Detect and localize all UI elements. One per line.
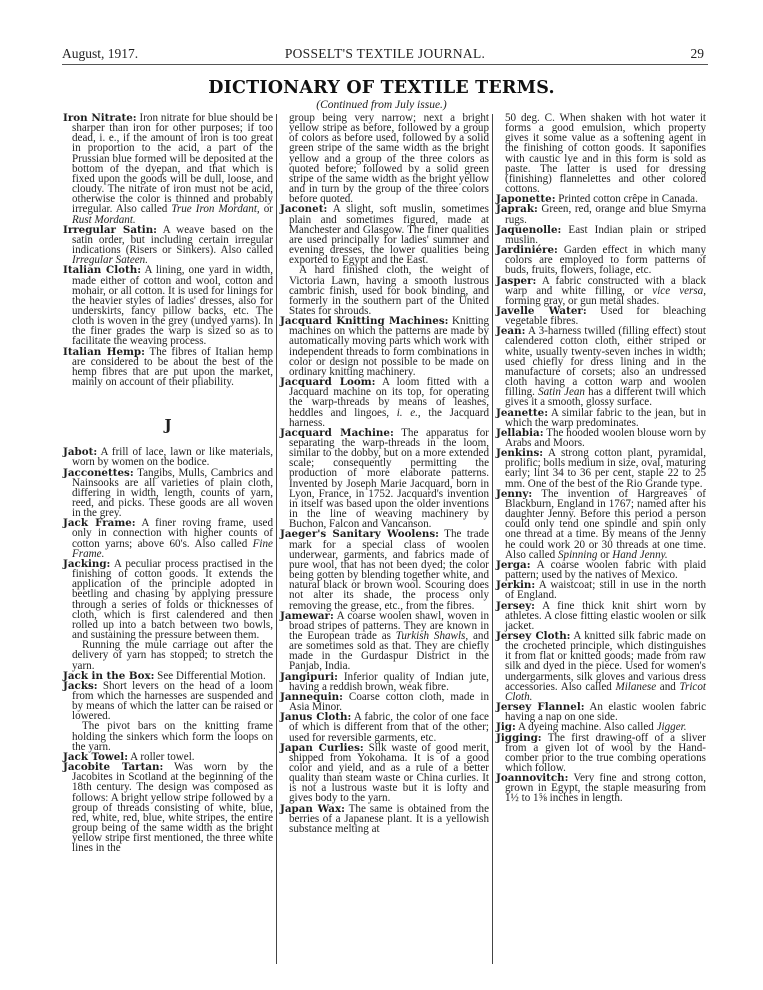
dictionary-entry: Jigging: The first drawing-off of a sliv…	[496, 733, 706, 774]
entry-definition: A fine thick knit shirt worn by athletes…	[505, 600, 706, 632]
dictionary-entry: Jersey: A fine thick knit shirt worn by …	[496, 601, 706, 631]
entry-definition: A lining, one yard in width, made either…	[72, 264, 273, 347]
column-right: 50 deg. C. When shaken with hot water it…	[496, 113, 706, 804]
entry-definition: A coarse woolen fabric with plaid patter…	[505, 559, 706, 581]
running-head: August, 1917. POSSELT'S TEXTILE JOURNAL.…	[62, 46, 708, 65]
section-letter-heading: J	[63, 417, 273, 433]
entry-definition: A slight, soft muslin, sometimes plain a…	[289, 203, 489, 266]
entry-definition: A frill of lace, lawn or like materials,…	[72, 446, 273, 468]
entry-definition: Knitting machines on which the patterns …	[289, 315, 489, 378]
article-title: DICTIONARY OF TEXTILE TERMS.	[0, 78, 763, 98]
dictionary-entry: Jenkins: A strong cotton plant, pyramida…	[496, 448, 706, 489]
dictionary-entry: Jacconettes: Tangibs, Mulls, Cambrics an…	[63, 468, 273, 519]
entry-definition: The apparatus for separating the warp-th…	[289, 427, 489, 530]
article-subtitle: (Continued from July issue.)	[0, 99, 763, 111]
journal-name: POSSELT'S TEXTILE JOURNAL.	[62, 46, 708, 62]
dictionary-entry: Jamewar: A coarse woolen shawl, woven in…	[280, 611, 489, 672]
continued-text: group being very narrow; next a bright y…	[280, 113, 489, 204]
column-divider	[276, 114, 277, 964]
dictionary-entry: Joannovitch: Very fine and strong cotton…	[496, 773, 706, 803]
entry-definition-italic: vice versa,	[652, 285, 706, 297]
dictionary-entry: Jeanette: A similar fabric to the jean, …	[496, 408, 706, 428]
dictionary-entry: Jacquard Knitting Machines: Knitting mac…	[280, 316, 489, 377]
dictionary-entry: Javelle Water: Used for bleaching vegeta…	[496, 306, 706, 326]
entry-list: Jaconet: A slight, soft muslin, sometime…	[280, 204, 489, 834]
dictionary-entry: Janus Cloth: A fabric, the color of one …	[280, 712, 489, 742]
entry-definition: Short levers on the head of a loom from …	[72, 680, 273, 722]
dictionary-entry: Jack Frame: A finer roving frame, used o…	[63, 518, 273, 559]
dictionary-entry: Jangipuri: Inferior quality of Indian ju…	[280, 672, 489, 692]
dictionary-entry: Japrak: Green, red, orange and blue Smyr…	[496, 204, 706, 224]
dictionary-entry: Japan Curlies: Silk waste of good merit,…	[280, 743, 489, 804]
entry-definition: A waistcoat; still in use in the north o…	[505, 579, 706, 601]
entry-list: Iron Nitrate: Iron nitrate for blue shou…	[63, 113, 273, 387]
dictionary-entry: Japan Wax: The same is obtained from the…	[280, 804, 489, 834]
entry-definition: The trade mark for a special class of wo…	[289, 528, 489, 611]
dictionary-entry: Jaconet: A slight, soft muslin, sometime…	[280, 204, 489, 265]
entry-definition: and	[656, 681, 679, 693]
dictionary-entry: Jaquenolle: East Indian plain or striped…	[496, 225, 706, 245]
dictionary-entry: Italian Hemp: The fibres of Italian hemp…	[63, 347, 273, 388]
entry-paragraph: Running the mule carriage out after the …	[63, 640, 273, 670]
entry-definition-italic: True Iron Mordant,	[171, 203, 259, 215]
entry-definition: Was worn by the Jacobites in Scotland at…	[72, 761, 273, 854]
dictionary-entry: Jacking: A peculiar process practised in…	[63, 559, 273, 640]
entry-list: Japonette: Printed cotton crêpe in Canad…	[496, 194, 706, 803]
dictionary-entry: Jardiniére: Garden effect in which many …	[496, 245, 706, 275]
dictionary-entry: Jasper: A fabric constructed with a blac…	[496, 276, 706, 306]
entry-definition: or	[260, 203, 273, 215]
column-left: Iron Nitrate: Iron nitrate for blue shou…	[63, 113, 273, 853]
dictionary-entry: Iron Nitrate: Iron nitrate for blue shou…	[63, 113, 273, 225]
dictionary-entry: Jellabia: The hooded woolen blouse worn …	[496, 428, 706, 448]
dictionary-entry: Jersey Cloth: A knitted silk fabric made…	[496, 631, 706, 702]
dictionary-entry: Jaeger's Sanitary Woolens: The trade mar…	[280, 529, 489, 610]
continued-text: 50 deg. C. When shaken with hot water it…	[496, 113, 706, 194]
entry-definition: Silk waste of good merit, shipped from Y…	[289, 742, 489, 805]
dictionary-entry: Jean: A 3-harness twilled (filling effec…	[496, 326, 706, 407]
entry-paragraph: The pivot bars on the knitting frame hol…	[63, 721, 273, 751]
entry-paragraph: A hard finished cloth, the weight of Vic…	[280, 265, 489, 316]
dictionary-entry: Jacks: Short levers on the head of a loo…	[63, 681, 273, 722]
dictionary-entry: Jerkin: A waistcoat; still in use in the…	[496, 580, 706, 600]
dictionary-entry: Jacobite Tartan: Was worn by the Jacobit…	[63, 762, 273, 853]
dictionary-entry: Jerga: A coarse woolen fabric with plaid…	[496, 560, 706, 580]
journal-page: August, 1917. POSSELT'S TEXTILE JOURNAL.…	[0, 0, 763, 990]
column-middle: group being very narrow; next a bright y…	[280, 113, 489, 834]
dictionary-entry: Jacquard Machine: The apparatus for sepa…	[280, 428, 489, 530]
page-number: 29	[691, 46, 705, 62]
dictionary-entry: Irregular Satin: A weave based on the sa…	[63, 225, 273, 266]
dictionary-entry: Jannequin: Coarse cotton cloth, made in …	[280, 692, 489, 712]
entry-definition: A peculiar process practised in the fini…	[72, 558, 273, 641]
column-divider	[492, 114, 493, 964]
entry-list: Jabot: A frill of lace, lawn or like mat…	[63, 447, 273, 853]
dictionary-entry: Jersey Flannel: An elastic woolen fabric…	[496, 702, 706, 722]
entry-definition-italic: Milanese	[615, 681, 656, 693]
entry-definition-italic: i. e.,	[397, 407, 421, 419]
dictionary-entry: Jacquard Loom: A loom fitted with a Jacq…	[280, 377, 489, 428]
dictionary-entry: Jabot: A frill of lace, lawn or like mat…	[63, 447, 273, 467]
dictionary-entry: Jenny: The invention of Hargreaves of Bl…	[496, 489, 706, 560]
entry-definition: Iron nitrate for blue should be sharper …	[72, 112, 273, 215]
dictionary-entry: Italian Cloth: A lining, one yard in wid…	[63, 265, 273, 346]
